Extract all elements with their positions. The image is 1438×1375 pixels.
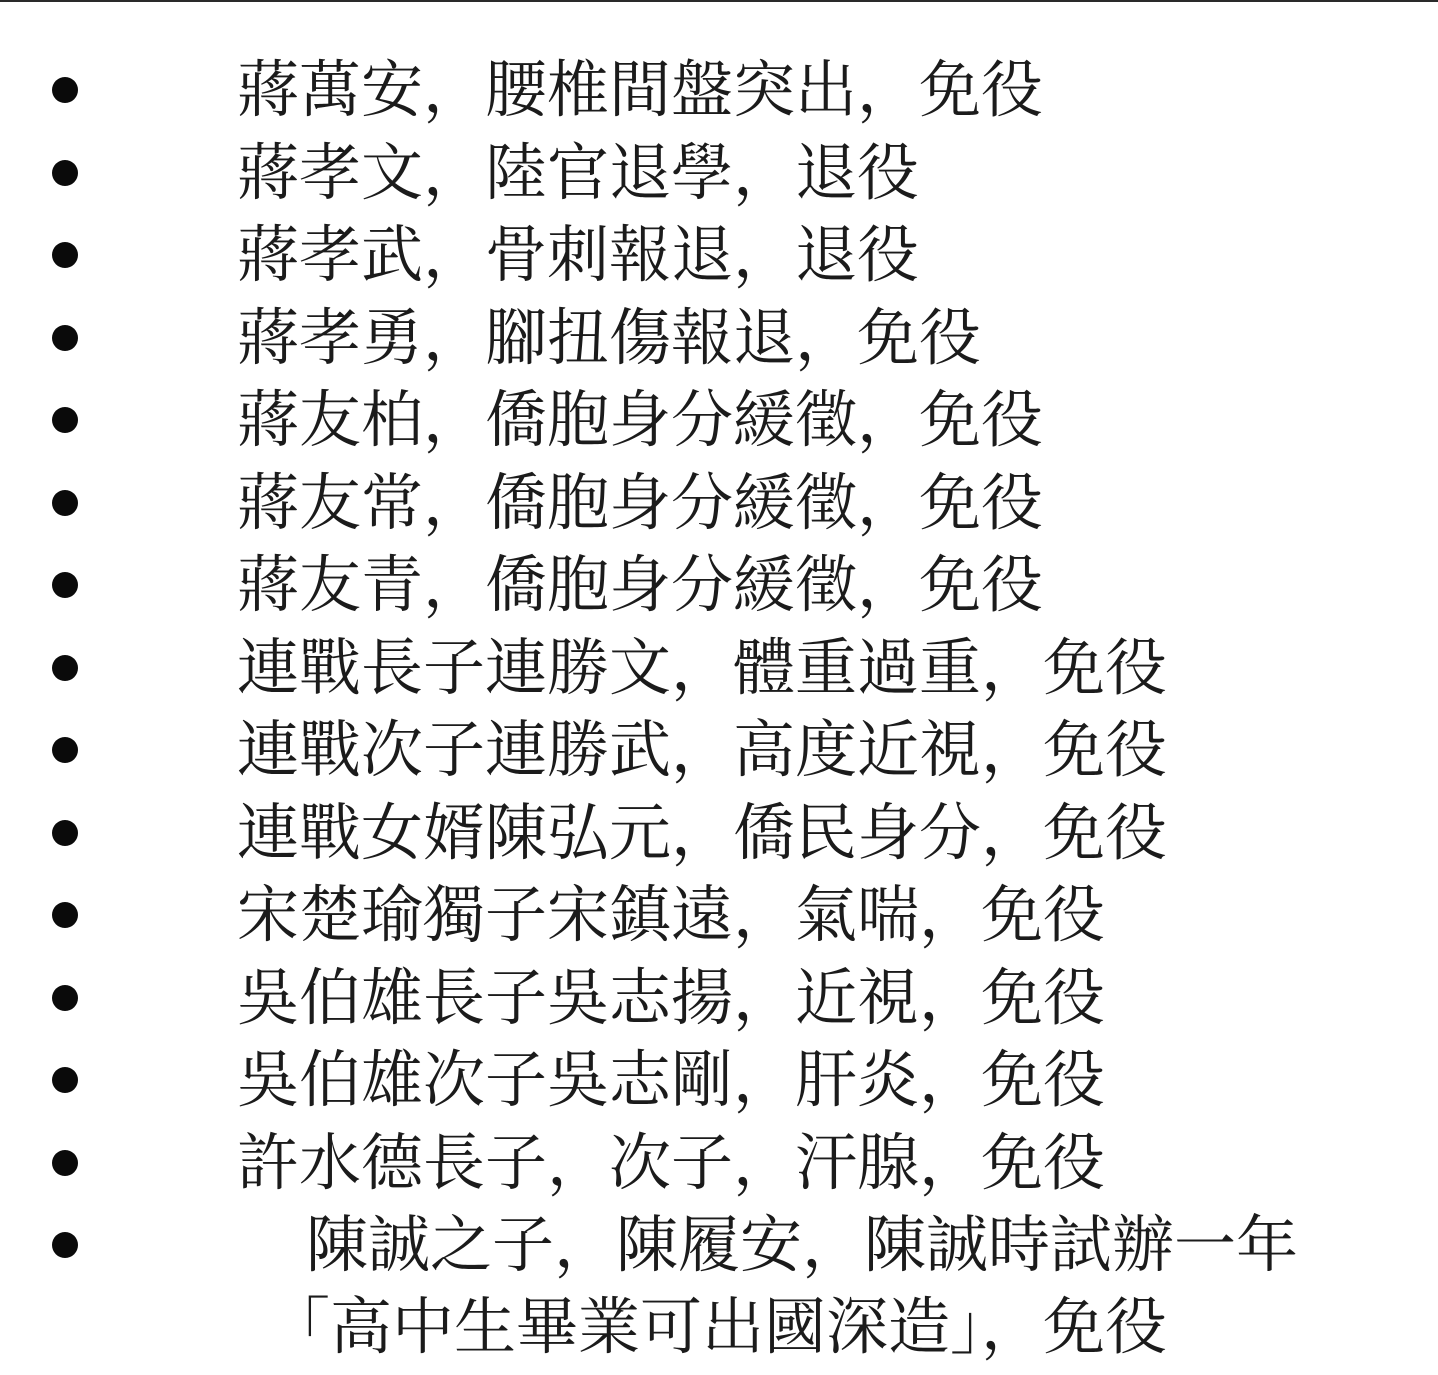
list-item-text: 吳伯雄長子吳志揚，近視，免役 (237, 965, 1105, 1031)
list-item-text: 宋楚瑜獨子宋鎮遠，氣喘，免役 (237, 882, 1105, 948)
list-item-text: 蔣友常，僑胞身分緩徵，免役 (237, 470, 1043, 536)
list-item-text: 連戰長子連勝文，體重過重，免役 (237, 635, 1167, 701)
bullet-icon (52, 1150, 78, 1176)
list-item-text: 蔣孝勇，腳扭傷報退，免役 (237, 305, 981, 371)
bullet-icon (52, 985, 78, 1011)
bullet-icon (52, 490, 78, 516)
list-item: 吳伯雄次子吳志剛，肝炎，免役 (0, 1039, 1438, 1121)
list-item: 蔣孝文，陸官退學，退役 (0, 132, 1438, 214)
list-item: 蔣萬安，腰椎間盤突出，免役 (0, 49, 1438, 131)
list-item: 連戰長子連勝文，體重過重，免役 (0, 627, 1438, 709)
list-item: 連戰女婿陳弘元，僑民身分，免役 (0, 792, 1438, 874)
bullet-icon (52, 572, 78, 598)
list-item-text: 蔣孝武，骨刺報退，退役 (237, 222, 919, 288)
list-item: 蔣孝勇，腳扭傷報退，免役 (0, 297, 1438, 379)
list-item-text: 連戰女婿陳弘元，僑民身分，免役 (237, 800, 1167, 866)
list-item-text: 蔣萬安，腰椎間盤突出，免役 (237, 57, 1043, 123)
bullet-icon (52, 325, 78, 351)
bullet-icon (52, 737, 78, 763)
list-item: 吳伯雄長子吳志揚，近視，免役 (0, 957, 1438, 1039)
list-item: 蔣友柏，僑胞身分緩徵，免役 (0, 379, 1438, 461)
bullet-icon (52, 820, 78, 846)
list-item: 蔣友常，僑胞身分緩徵，免役 (0, 462, 1438, 544)
list-item-text: 蔣友青，僑胞身分緩徵，免役 (237, 552, 1043, 618)
list-item: 蔣孝武，骨刺報退，退役 (0, 214, 1438, 296)
bullet-icon (52, 77, 78, 103)
list-item-text: 陳誠之子，陳履安，陳誠時試辦一年 (306, 1212, 1298, 1278)
bullet-icon (52, 160, 78, 186)
top-border-line (0, 0, 1438, 2)
list-item: 陳誠之子，陳履安，陳誠時試辦一年 「高中生畢業可出國深造」，免役 (0, 1204, 1438, 1374)
bullet-icon (52, 407, 78, 433)
bullet-icon (52, 242, 78, 268)
list-item: 連戰次子連勝武，高度近視，免役 (0, 709, 1438, 791)
list-item-text: 蔣友柏，僑胞身分緩徵，免役 (237, 387, 1043, 453)
bullet-icon (52, 902, 78, 928)
bullet-icon (52, 655, 78, 681)
list-item-continuation: 「高中生畢業可出國深造」，免役 (268, 1294, 1167, 1360)
list-item: 蔣友青，僑胞身分緩徵，免役 (0, 544, 1438, 626)
list-item: 許水德長子，次子，汗腺，免役 (0, 1122, 1438, 1204)
bullet-icon (52, 1067, 78, 1093)
bullet-icon (52, 1232, 78, 1258)
list-item-text: 許水德長子，次子，汗腺，免役 (237, 1130, 1105, 1196)
list-item-text: 吳伯雄次子吳志剛，肝炎，免役 (237, 1047, 1105, 1113)
list-item: 宋楚瑜獨子宋鎮遠，氣喘，免役 (0, 874, 1438, 956)
list-item-text: 蔣孝文，陸官退學，退役 (237, 140, 919, 206)
list-item-text: 連戰次子連勝武，高度近視，免役 (237, 717, 1167, 783)
